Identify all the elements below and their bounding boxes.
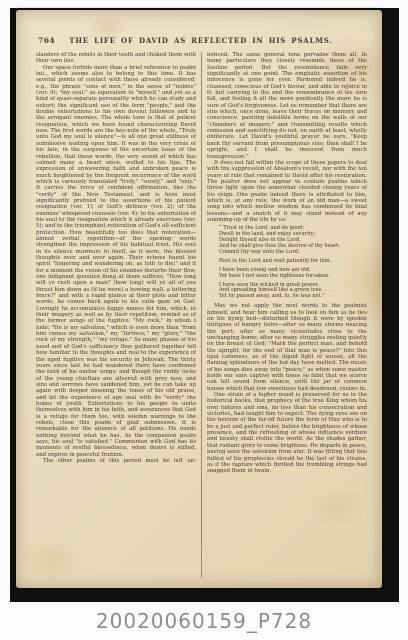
paragraph: May we not apply the next words to the p… (207, 303, 367, 392)
barcode-text: 20020060159_P728 (96, 609, 312, 633)
paragraph: noticed. The same general tone pervades … (207, 52, 367, 160)
verse-line: Rest in the Lord and wait patiently for … (219, 259, 367, 265)
verse-line: Yet have I not seen the righteous forsak… (219, 274, 367, 280)
left-column: slanders of the rebels in their teeth an… (36, 52, 196, 578)
column-divider (201, 52, 202, 578)
paragraph: It does not fall within the scope of the… (207, 160, 367, 223)
page-header: 764 THE LIFE OF DAVID AS REFLECTED IN HI… (36, 36, 366, 48)
verse-line: Commit thy way unto the Lord. (219, 250, 367, 256)
text-columns: slanders of the rebels in their teeth an… (36, 52, 367, 578)
verse-stanza: I have been young and now am old, Yet ha… (219, 268, 367, 280)
verse-stanza: I have seen the wicked in great power, A… (219, 283, 367, 301)
verse-stanza: “ Trust in the Lord, and do good; Dwell … (219, 226, 367, 256)
right-column: noticed. The same general tone pervades … (207, 52, 367, 578)
verse-line: Yet he passed away, and, lo, he was not.… (219, 294, 367, 300)
verse-stanza: Rest in the Lord and wait patiently for … (219, 259, 367, 265)
book-page: 764 THE LIFE OF DAVID AS REFLECTED IN HI… (16, 10, 382, 588)
running-title: THE LIFE OF DAVID AS REFLECTED IN HIS PS… (36, 36, 366, 45)
paragraph: The other psalms of this period must be … (36, 458, 196, 464)
paragraph: slanders of the rebels in their teeth an… (36, 52, 196, 65)
paragraph: Our space forbids more than a brief refe… (36, 65, 196, 458)
barcode-label: 20020060159_P728 (0, 602, 408, 640)
psalm-verse-block: “ Trust in the Lord, and do good; Dwell … (219, 226, 367, 300)
paragraph: One strain of a higher mood is preserved… (207, 392, 367, 474)
